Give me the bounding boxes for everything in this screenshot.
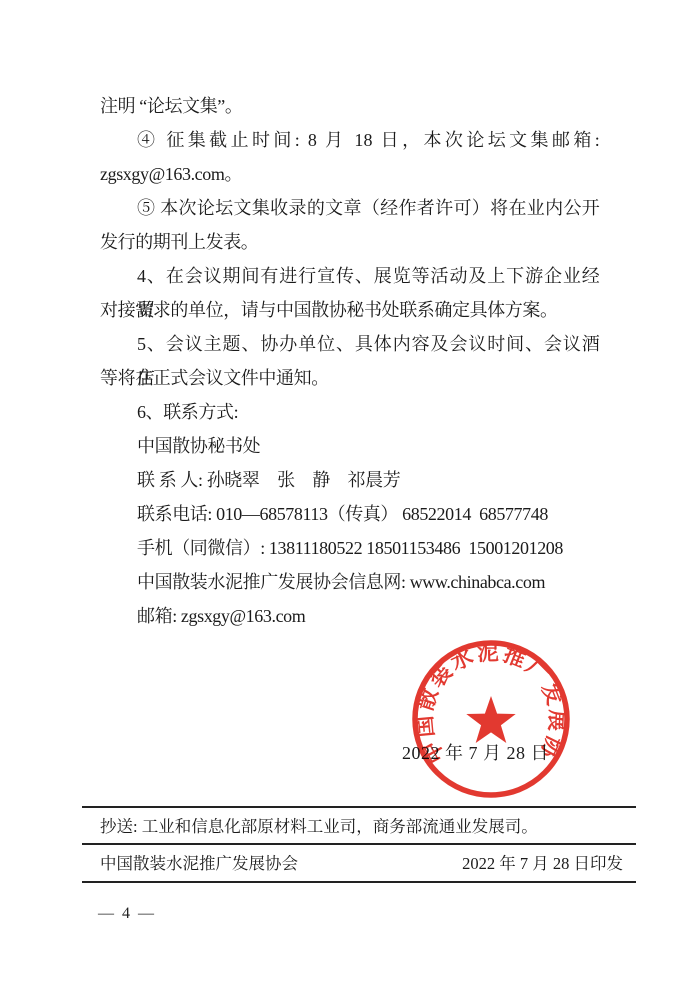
- red-star-icon: [466, 696, 515, 743]
- body-line-website: 中国散装水泥推广发展协会信息网: www.chinabca.com: [100, 565, 600, 599]
- seal-ring: [415, 643, 567, 795]
- body-line: 发行的期刊上发表。: [100, 225, 600, 259]
- document-page: 注明 “论坛文集”。 ④ 征集截止时间: 8 月 18 日，本次论坛文集邮箱: …: [0, 0, 700, 990]
- body-line: ④ 征集截止时间: 8 月 18 日，本次论坛文集邮箱:: [100, 123, 600, 157]
- body-line-contact-persons: 联 系 人: 孙晓翠 张 静 祁晨芳: [100, 463, 600, 497]
- official-seal: 中国散装水泥推广发展协会: [404, 633, 578, 807]
- body-line: 注明 “论坛文集”。: [100, 89, 600, 123]
- body-line: 4、在会议期间有进行宣传、展览等活动及上下游企业经贸: [100, 259, 600, 293]
- body-line-contact-heading: 6、联系方式:: [100, 395, 600, 429]
- document-body: 注明 “论坛文集”。 ④ 征集截止时间: 8 月 18 日，本次论坛文集邮箱: …: [100, 89, 600, 633]
- body-line: 对接需求的单位，请与中国散协秘书处联系确定具体方案。: [100, 293, 600, 327]
- body-line: ⑤ 本次论坛文集收录的文章（经作者许可）将在业内公开: [100, 191, 600, 225]
- page-number: — 4 —: [98, 905, 156, 923]
- footer-print-date: 2022 年 7 月 28 日印发: [462, 847, 623, 881]
- footer-issuer-row: 中国散装水泥推广发展协会 2022 年 7 月 28 日印发: [100, 847, 623, 881]
- body-line-email: zgsxgy@163.com。: [100, 157, 600, 191]
- body-line-phone: 联系电话: 010—68578113（传真） 68522014 68577748: [100, 497, 600, 531]
- footer-cc-line: 抄送: 工业和信息化部原材料工业司，商务部流通业发展司。: [100, 810, 623, 843]
- footer-divider-middle: [82, 843, 636, 845]
- signature-date: 2022 年 7 月 28 日: [402, 742, 549, 764]
- footer-issuer: 中国散装水泥推广发展协会: [100, 847, 298, 881]
- body-line-secretariat: 中国散协秘书处: [100, 429, 600, 463]
- footer-divider-bottom: [82, 881, 636, 883]
- body-line: 5、会议主题、协办单位、具体内容及会议时间、会议酒店: [100, 327, 600, 361]
- body-line-mailbox: 邮箱: zgsxgy@163.com: [100, 599, 600, 633]
- footer-divider-top: [82, 806, 636, 808]
- body-line-mobile: 手机（同微信）: 13811180522 18501153486 1500120…: [100, 531, 600, 565]
- body-line: 等将在正式会议文件中通知。: [100, 361, 600, 395]
